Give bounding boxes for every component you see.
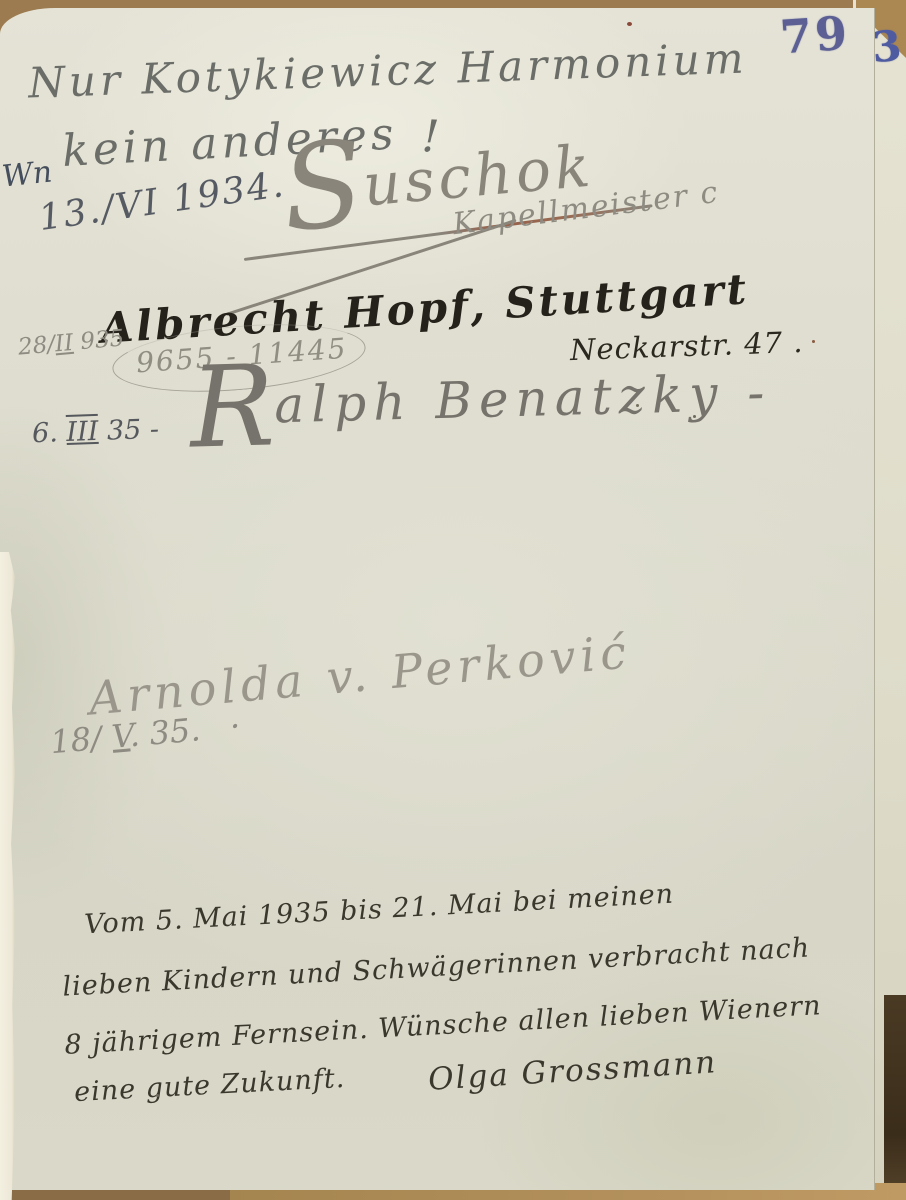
paper-speck	[812, 340, 815, 343]
perkovic-name: Arnolda v. Perković	[87, 628, 633, 721]
benatzky-signature-rest: alph Benatzky -	[274, 363, 772, 434]
book-cover-edge	[884, 995, 906, 1195]
benatzky-date-prefix: 6.	[31, 417, 66, 449]
guestbook-paper: 79 Nur Kotykiewicz Harmonium kein andere…	[0, 8, 875, 1190]
signature-swash-initial: S	[277, 114, 370, 259]
grossmann-paragraph-line2: lieben Kindern und Schwägerinnen verbrac…	[62, 934, 811, 1000]
paper-speck	[156, 1094, 159, 1097]
benatzky-date-roman: III	[66, 416, 99, 448]
benatzky-date: 6. III 35 -	[32, 416, 160, 447]
benatzky-signature: Ralph Benatzky -	[189, 360, 772, 442]
hopf-date-suffix: 935	[72, 325, 125, 355]
benatzky-signature-initial: R	[188, 341, 276, 473]
benatzky-date-suffix: 35 -	[98, 414, 160, 447]
perkovic-date-suffix: . 35.	[128, 710, 202, 754]
hopf-date-prefix: 28/	[17, 331, 56, 360]
paper-speck	[627, 22, 632, 26]
perkovic-date: 18/ V. 35.·	[49, 710, 242, 758]
hopf-city: , Stuttgart	[468, 264, 750, 330]
handwritten-note-line1: Nur Kotykiewicz Harmonium	[27, 37, 748, 104]
grossmann-paragraph-line1: Vom 5. Mai 1935 bis 21. Mai bei meinen	[84, 881, 675, 939]
place-abbreviation: Wn	[1, 157, 54, 192]
guestbook-page-photo: 3 79 Nur Kotykiewicz Harmonium kein ande…	[0, 0, 906, 1200]
entry-1934-date: 13./VI 1934.	[37, 167, 288, 237]
paper-speck	[693, 415, 696, 418]
hopf-date: 28/II 935	[17, 327, 125, 359]
perkovic-date-prefix: 18/	[49, 718, 114, 761]
grossmann-signature: Olga Grossmann	[427, 1047, 718, 1096]
paper-speck	[636, 404, 639, 407]
grossmann-paragraph-line4: eine gute Zukunft.	[73, 1065, 345, 1106]
page-number-stamp: 79	[778, 6, 852, 65]
